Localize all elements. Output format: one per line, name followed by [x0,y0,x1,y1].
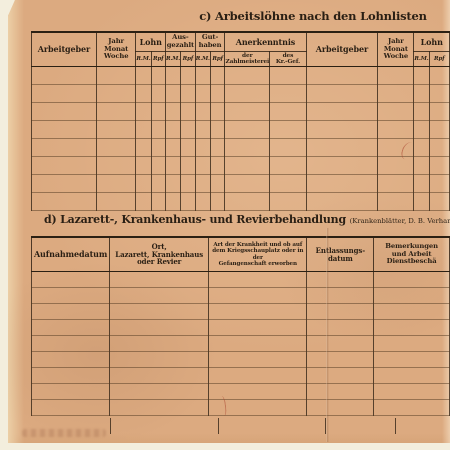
empty-cell [225,67,270,85]
empty-cell [32,121,97,139]
empty-cell [96,193,136,211]
empty-cell [96,139,136,157]
empty-cell [225,103,270,121]
empty-cell [378,193,414,211]
wage-table-body [32,67,450,211]
empty-cell [181,139,196,157]
col-header-aufnahmedatum: Aufnahmedatum [32,237,110,272]
empty-cell [195,67,210,85]
empty-cell [374,368,450,384]
empty-cell [306,193,378,211]
empty-cell [136,157,151,175]
empty-cell [307,368,374,384]
empty-cell [96,103,136,121]
empty-cell [374,384,450,400]
ink-bleed-through-smudge [22,429,106,437]
col-header-lohn-2: Lohn [414,32,450,52]
empty-cell [32,352,110,368]
empty-cell [195,175,210,193]
col-header-ort-lazarett: Ort, Lazarett, Krankenhaus oder Revier [110,237,209,272]
empty-cell [429,67,449,85]
empty-cell [151,175,165,193]
empty-cell [210,175,224,193]
col-header-anerkenntnis: Anerkenntnis [225,32,306,52]
empty-cell [374,400,450,416]
subcol-header-rm: R.M. [414,52,429,67]
empty-cell [96,85,136,103]
empty-cell [32,400,110,416]
hospital-table-body [32,272,450,416]
empty-cell [165,175,180,193]
empty-cell [110,320,209,336]
empty-table-row [32,67,450,85]
empty-cell [378,103,414,121]
empty-cell [225,175,270,193]
empty-cell [378,121,414,139]
empty-cell [195,85,210,103]
empty-cell [110,368,209,384]
empty-cell [270,157,306,175]
empty-cell [151,103,165,121]
empty-cell [165,193,180,211]
empty-cell [136,85,151,103]
empty-cell [306,121,378,139]
empty-cell [429,157,449,175]
empty-cell [429,193,449,211]
empty-cell [414,175,429,193]
empty-table-row [32,384,450,400]
empty-cell [181,175,196,193]
empty-cell [306,139,378,157]
empty-cell [414,193,429,211]
empty-cell [209,336,307,352]
empty-cell [270,139,306,157]
empty-cell [209,272,307,288]
empty-table-row [32,103,450,121]
empty-cell [429,175,449,193]
subcol-header-rm: R.M. [165,52,180,67]
empty-cell [96,121,136,139]
col-header-entlassungsdatum: Entlassungs- datum [307,237,374,272]
paper-crease [326,228,329,442]
empty-table-row [32,193,450,211]
empty-cell [165,85,180,103]
empty-table-row [32,400,450,416]
subcol-header-rpf: Rpf [210,52,224,67]
wage-table-header-row-1: Arbeitgeber Jahr Monat Woche Lohn Aus- g… [32,32,450,52]
empty-cell [165,139,180,157]
empty-table-row [32,272,450,288]
empty-cell [210,67,224,85]
empty-table-row [32,368,450,384]
empty-cell [151,157,165,175]
empty-table-row [32,139,450,157]
empty-cell [96,157,136,175]
empty-cell [414,121,429,139]
empty-cell [414,139,429,157]
empty-cell [209,368,307,384]
subcol-header-rpf: Rpf [429,52,449,67]
empty-cell [32,304,110,320]
empty-table-row [32,288,450,304]
empty-cell [225,139,270,157]
empty-cell [32,384,110,400]
empty-cell [307,288,374,304]
empty-cell [374,320,450,336]
empty-cell [270,85,306,103]
empty-cell [374,272,450,288]
empty-cell [32,85,97,103]
empty-cell [225,85,270,103]
empty-cell [209,352,307,368]
empty-cell [110,400,209,416]
empty-cell [151,139,165,157]
empty-cell [374,304,450,320]
hospital-table-header-row: Aufnahmedatum Ort, Lazarett, Krankenhaus… [32,237,450,272]
empty-cell [429,85,449,103]
empty-cell [110,288,209,304]
section-d-title-annotation: (Krankenblätter, D. B. Verhandl [350,217,450,225]
column-rule-extension [110,418,111,434]
empty-cell [181,103,196,121]
col-header-guthaben: Gut- haben [195,32,225,52]
empty-cell [32,288,110,304]
section-c-title: c) Arbeitslöhne nach den Lohnlisten [178,9,448,23]
empty-cell [195,193,210,211]
subcol-header-rm: R.M. [195,52,210,67]
empty-cell [210,139,224,157]
empty-cell [110,272,209,288]
empty-cell [374,352,450,368]
empty-cell [210,85,224,103]
empty-cell [165,103,180,121]
empty-cell [225,121,270,139]
empty-cell [195,103,210,121]
empty-cell [307,352,374,368]
empty-table-row [32,352,450,368]
empty-cell [151,193,165,211]
empty-cell [151,85,165,103]
empty-cell [181,67,196,85]
empty-cell [165,157,180,175]
empty-cell [270,121,306,139]
empty-cell [378,175,414,193]
empty-cell [209,288,307,304]
empty-cell [378,67,414,85]
empty-cell [136,103,151,121]
empty-cell [136,193,151,211]
empty-cell [209,304,307,320]
subcol-header-rpf: Rpf [151,52,165,67]
empty-cell [429,103,449,121]
empty-cell [136,139,151,157]
empty-cell [378,85,414,103]
empty-cell [32,368,110,384]
subcol-header-rm: R.M. [136,52,151,67]
empty-table-row [32,304,450,320]
empty-table-row [32,336,450,352]
empty-table-row [32,85,450,103]
empty-cell [32,320,110,336]
empty-cell [414,157,429,175]
subcol-header-zahlmeisterei: der Zahlmeisterei [225,52,270,67]
empty-cell [414,103,429,121]
empty-table-row [32,157,450,175]
empty-cell [306,103,378,121]
empty-cell [209,320,307,336]
empty-cell [270,193,306,211]
empty-cell [225,157,270,175]
empty-cell [136,175,151,193]
empty-cell [429,121,449,139]
empty-cell [181,85,196,103]
subcol-header-kr-gef: des Kr.-Gef. [270,52,306,67]
empty-cell [210,193,224,211]
wage-table: Arbeitgeber Jahr Monat Woche Lohn Aus- g… [31,31,450,211]
empty-cell [210,103,224,121]
empty-cell [32,157,97,175]
empty-cell [165,67,180,85]
empty-cell [307,336,374,352]
col-header-arbeitgeber-2: Arbeitgeber [306,32,378,67]
empty-cell [306,157,378,175]
empty-table-row [32,320,450,336]
empty-cell [374,336,450,352]
empty-cell [414,85,429,103]
empty-cell [374,288,450,304]
empty-table-row [32,175,450,193]
empty-cell [32,336,110,352]
empty-cell [151,67,165,85]
subcol-header-rpf: Rpf [181,52,196,67]
empty-cell [429,139,449,157]
empty-cell [307,272,374,288]
empty-table-row [32,121,450,139]
col-header-jahr-monat-woche: Jahr Monat Woche [96,32,136,67]
empty-cell [32,103,97,121]
empty-cell [270,67,306,85]
empty-cell [307,400,374,416]
empty-cell [195,157,210,175]
empty-cell [181,121,196,139]
empty-cell [96,175,136,193]
empty-cell [306,67,378,85]
hospital-table: Aufnahmedatum Ort, Lazarett, Krankenhaus… [31,236,450,416]
empty-cell [210,157,224,175]
section-d-title: d) Lazarett-, Krankenhaus- und Revierbeh… [44,213,450,226]
empty-cell [225,193,270,211]
empty-cell [32,272,110,288]
empty-cell [195,139,210,157]
empty-cell [32,67,97,85]
empty-cell [195,121,210,139]
empty-cell [307,304,374,320]
empty-cell [151,121,165,139]
empty-cell [165,121,180,139]
empty-cell [110,336,209,352]
col-header-art-der-krankheit: Art der Krankheit und ob auf dem Kriegss… [209,237,307,272]
col-header-ausgezahlt: Aus- gezahlt [165,32,195,52]
empty-cell [181,157,196,175]
empty-cell [110,384,209,400]
empty-cell [32,175,97,193]
empty-cell [110,304,209,320]
empty-cell [32,139,97,157]
empty-cell [306,85,378,103]
column-rule-extension [395,418,396,434]
empty-cell [307,320,374,336]
empty-cell [136,67,151,85]
empty-cell [270,103,306,121]
empty-cell [414,67,429,85]
empty-cell [270,175,306,193]
section-d-title-text: d) Lazarett-, Krankenhaus- und Revierbeh… [44,213,346,226]
col-header-lohn: Lohn [136,32,166,52]
empty-cell [136,121,151,139]
empty-cell [307,384,374,400]
document-paper: c) Arbeitslöhne nach den Lohnlisten Arbe… [8,0,450,443]
col-header-bemerkungen: Bemerkungen und Arbeit Dienstbeschä [374,237,450,272]
column-rule-extension [218,418,219,434]
col-header-jahr-monat-woche-2: Jahr Monat Woche [378,32,414,67]
empty-cell [210,121,224,139]
empty-cell [96,67,136,85]
empty-cell [110,352,209,368]
col-header-arbeitgeber: Arbeitgeber [32,32,97,67]
empty-cell [181,193,196,211]
empty-cell [32,193,97,211]
empty-cell [306,175,378,193]
